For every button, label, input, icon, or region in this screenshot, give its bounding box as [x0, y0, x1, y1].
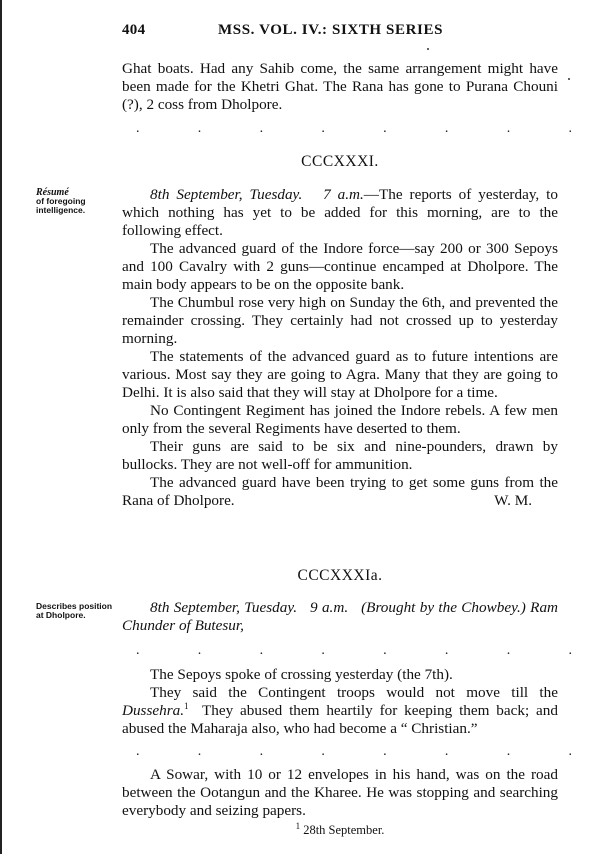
footnote-mark: 1: [296, 821, 301, 831]
margin-note-resume: Résumé of foregoing intelligence.: [36, 188, 116, 215]
section-heading-cccxxxia: CCCXXXIa.: [122, 567, 558, 585]
stray-mark: [568, 78, 570, 80]
date-italic: 8th September, Tuesday.: [150, 186, 302, 203]
paragraph: 8th September, Tuesday. 9 a.m. (Brought …: [122, 599, 558, 635]
section-body-cccxxxia-end: A Sowar, with 10 or 12 envelopes in his …: [122, 766, 558, 820]
page-number: 404: [122, 22, 145, 39]
dussehra-italic: Dussehra.: [122, 702, 184, 719]
continuation-paragraph: Ghat boats. Had any Sahib come, the same…: [122, 60, 558, 114]
paragraph: Their guns are said to be six and nine-p…: [122, 438, 558, 474]
section-body-cccxxxi: 8th September, Tuesday. 7 a.m.—The repor…: [122, 186, 558, 510]
paragraph: No Contingent Regiment has joined the In…: [122, 402, 558, 438]
paragraph: The statements of the advanced guard as …: [122, 348, 558, 402]
continuation-block: Ghat boats. Had any Sahib come, the same…: [122, 60, 558, 114]
margin-note-text: of foregoing intelligence.: [36, 196, 86, 215]
paragraph: The advanced guard have been trying to g…: [122, 474, 558, 510]
paragraph: A Sowar, with 10 or 12 envelopes in his …: [122, 766, 558, 820]
running-title: MSS. VOL. IV.: SIXTH SERIES: [218, 22, 443, 39]
stray-mark: [427, 48, 429, 50]
ellipsis-row: ........: [122, 122, 584, 136]
section-body-cccxxxia-cont: The Sepoys spoke of crossing yesterday (…: [122, 666, 558, 738]
footnote: 1 28th September.: [122, 821, 558, 839]
paragraph: The Sepoys spoke of crossing yesterday (…: [122, 666, 558, 684]
paragraph: They said the Contingent troops would no…: [122, 684, 558, 738]
margin-note-describes: Describes position at Dholpore.: [36, 602, 116, 620]
ellipsis-row: ........: [122, 644, 584, 658]
footnote-text: 28th September.: [303, 823, 384, 837]
section-heading-cccxxxi: CCCXXXI.: [122, 153, 558, 171]
footnote-ref: 1: [184, 701, 189, 711]
paragraph: The advanced guard of the Indore force—s…: [122, 240, 558, 294]
time-italic: 7 a.m.: [323, 186, 364, 203]
signature: W. M.: [494, 492, 532, 510]
ellipsis-row: ........: [122, 745, 584, 759]
section-body-cccxxxia: 8th September, Tuesday. 9 a.m. (Brought …: [122, 599, 558, 635]
paragraph: 8th September, Tuesday. 7 a.m.—The repor…: [122, 186, 558, 240]
paragraph: The Chumbul rose very high on Sunday the…: [122, 294, 558, 348]
